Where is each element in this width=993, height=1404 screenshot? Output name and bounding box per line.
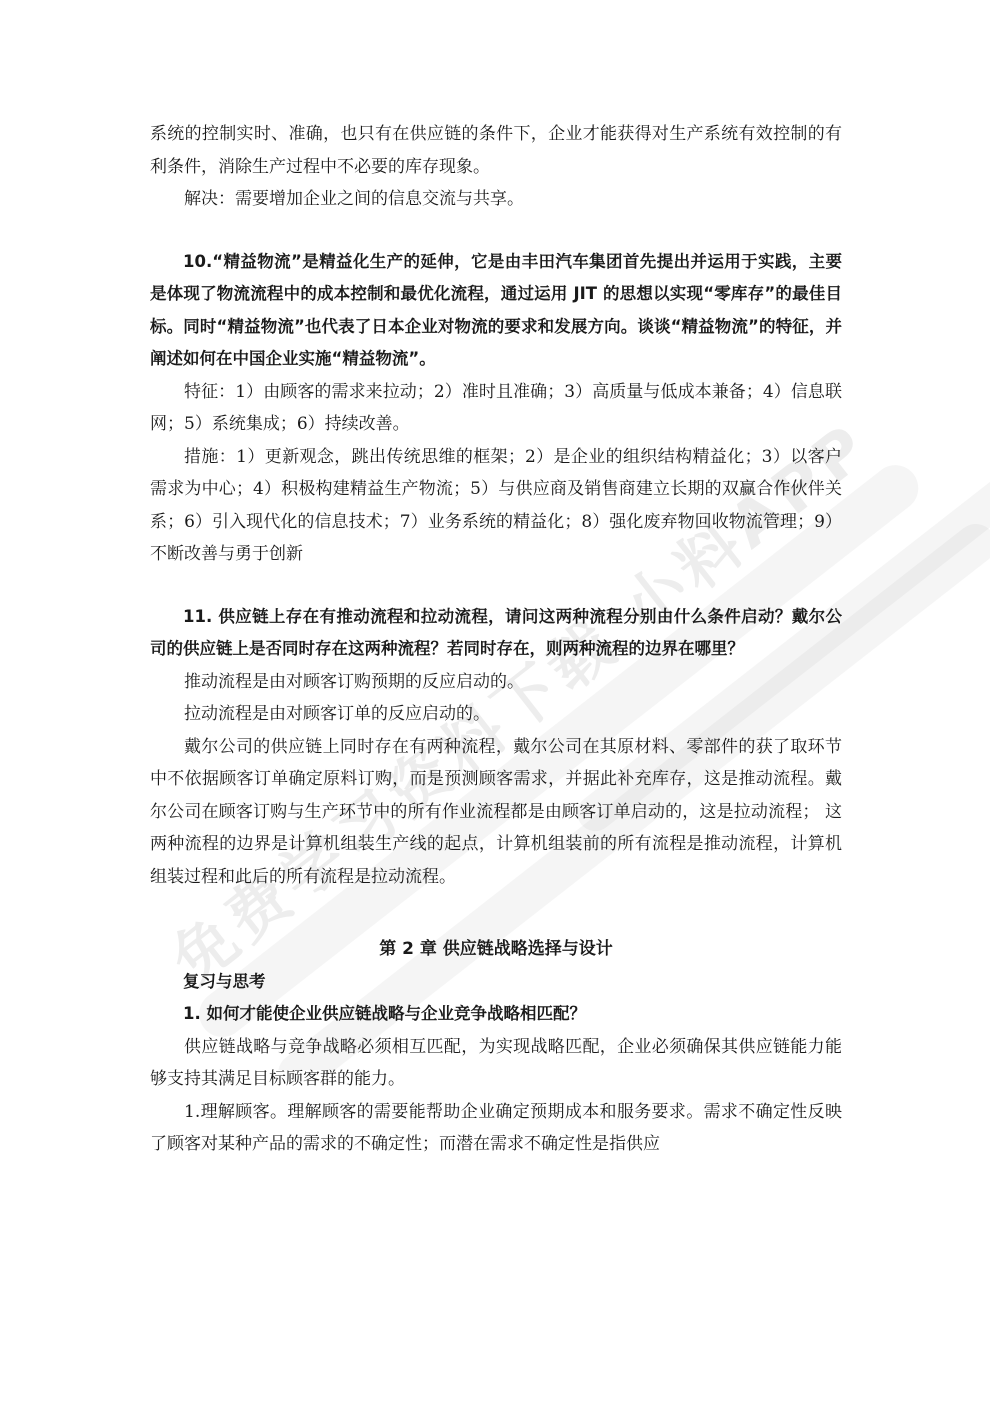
solution-paragraph: 解决：需要增加企业之间的信息交流与共享。 <box>150 183 842 216</box>
q11-push-answer: 推动流程是由对顾客订购预期的反应启动的。 <box>150 666 842 699</box>
q10-measures: 措施：1）更新观念，跳出传统思维的框架；2）是企业的组织结构精益化；3）以客户需… <box>150 441 842 571</box>
section-heading: 复习与思考 <box>150 966 842 999</box>
chapter2-answer-paragraph-2: 1.理解顾客。理解顾客的需要能帮助企业确定预期成本和服务要求。需求不确定性反映了… <box>150 1096 842 1161</box>
q11-dell-answer: 戴尔公司的供应链上同时存在有两种流程，戴尔公司在其原材料、零部件的获了取环节中不… <box>150 731 842 894</box>
q11-pull-answer: 拉动流程是由对顾客订单的反应启动的。 <box>150 698 842 731</box>
chapter2-question-1: 1. 如何才能使企业供应链战略与企业竞争战略相匹配？ <box>150 998 842 1031</box>
document-page: 免费学习资料下载 小料APP 系统的控制实时、准确，也只有在供应链的条件下，企业… <box>0 0 993 1404</box>
question-10: 10.“精益物流”是精益化生产的延伸，它是由丰田汽车集团首先提出并运用于实践，主… <box>150 246 842 376</box>
chapter2-answer-paragraph-1: 供应链战略与竞争战略必须相互匹配，为实现战略匹配，企业必须确保其供应链能力能够支… <box>150 1031 842 1096</box>
spacer <box>150 216 842 246</box>
document-body: 系统的控制实时、准确，也只有在供应链的条件下，企业才能获得对生产系统有效控制的有… <box>150 118 842 1161</box>
chapter-title: 第 2 章 供应链战略选择与设计 <box>150 933 842 966</box>
spacer <box>150 893 842 927</box>
spacer <box>150 571 842 601</box>
question-11: 11. 供应链上存在有推动流程和拉动流程，请问这两种流程分别由什么条件启动？戴尔… <box>150 601 842 666</box>
intro-paragraph: 系统的控制实时、准确，也只有在供应链的条件下，企业才能获得对生产系统有效控制的有… <box>150 118 842 183</box>
q10-features: 特征：1）由顾客的需求来拉动；2）准时且准确；3）高质量与低成本兼备；4）信息联… <box>150 376 842 441</box>
